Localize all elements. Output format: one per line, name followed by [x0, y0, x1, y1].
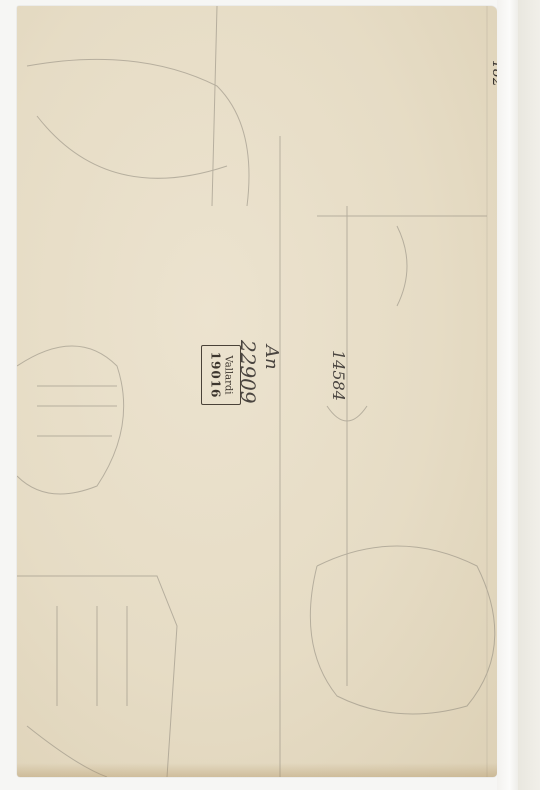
- stamp-collector-name: Vallardi: [221, 352, 234, 399]
- inscription-number-a: 22909: [236, 340, 260, 404]
- mount-edge: [518, 0, 540, 790]
- mount-hinge-strip: [497, 0, 518, 790]
- stamp-number: 19016: [208, 352, 221, 399]
- collection-stamp: Vallardi 19016: [201, 345, 241, 405]
- inscription-initials: An: [261, 345, 282, 370]
- inscription-number-b: 14584: [329, 350, 348, 401]
